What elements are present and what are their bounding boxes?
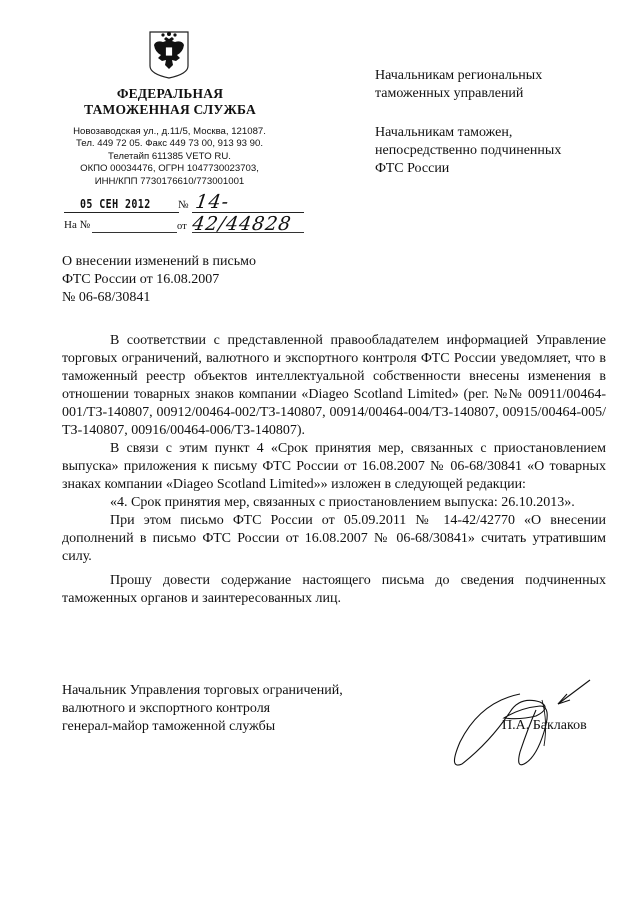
addressee-line: Начальникам таможен, <box>375 124 615 142</box>
number-underline <box>192 212 304 213</box>
registration-block: 05 СЕН 2012 № 14-42/44828 На № от <box>64 194 314 234</box>
date-underline <box>64 212 179 213</box>
position-line: генерал-майор таможенной службы <box>62 718 402 736</box>
body-paragraph: В связи с этим пункт 4 «Срок принятия ме… <box>62 440 606 494</box>
addressee-line: непосредственно подчиненных <box>375 142 615 160</box>
body-paragraph: При этом письмо ФТС России от 05.09.2011… <box>62 512 606 566</box>
registration-date-stamp: 05 СЕН 2012 <box>80 196 151 211</box>
org-name-line: ФЕДЕРАЛЬНАЯ <box>70 86 270 102</box>
addressee-line: таможенных управлений <box>375 85 615 103</box>
letter-body: В соответствии с представленной правообл… <box>62 332 606 608</box>
organization-name: ФЕДЕРАЛЬНАЯ ТАМОЖЕННАЯ СЛУЖБА <box>70 86 270 118</box>
addressee-line: ФТС России <box>375 160 615 178</box>
position-line: валютного и экспортного контроля <box>62 700 402 718</box>
contact-line: ИНН/КПП 7730176610/773001001 <box>62 176 277 188</box>
contact-line: Новозаводская ул., д.11/5, Москва, 12108… <box>62 126 277 138</box>
registration-number-handwritten: 14-42/44828 <box>191 191 317 235</box>
signer-position: Начальник Управления торговых ограничени… <box>62 682 402 736</box>
subject-line: № 06-68/30841 <box>62 289 362 307</box>
coat-of-arms-icon <box>147 30 191 80</box>
reference-number-label: На № <box>64 219 90 231</box>
contact-line: Телетайп 611385 VETO RU. <box>62 151 277 163</box>
subject-line: О внесении изменений в письмо <box>62 253 362 271</box>
body-paragraph: В соответствии с представленной правообл… <box>62 332 606 440</box>
organization-contacts: Новозаводская ул., д.11/5, Москва, 12108… <box>62 126 277 188</box>
addressee-line: Начальникам региональных <box>375 67 615 85</box>
position-line: Начальник Управления торговых ограничени… <box>62 682 402 700</box>
org-name-line: ТАМОЖЕННАЯ СЛУЖБА <box>70 102 270 118</box>
addressee-regional: Начальникам региональных таможенных упра… <box>375 67 615 103</box>
subject-line: ФТС России от 16.08.2007 <box>62 271 362 289</box>
addressee-customs: Начальникам таможен, непосредственно под… <box>375 124 615 178</box>
contact-line: Тел. 449 72 05. Факс 449 73 00, 913 93 9… <box>62 138 277 150</box>
number-label: № <box>178 199 189 211</box>
reference-number-blank <box>92 232 177 233</box>
contact-line: ОКПО 00034476, ОГРН 1047730023703, <box>62 163 277 175</box>
letter-subject: О внесении изменений в письмо ФТС России… <box>62 253 362 307</box>
body-paragraph: Прошу довести содержание настоящего пись… <box>62 572 606 608</box>
reference-date-blank <box>192 232 304 233</box>
quoted-amendment: «4. Срок принятия мер, связанных с приос… <box>62 494 606 512</box>
signer-name: П.А. Баклаков <box>502 718 587 734</box>
reference-from-label: от <box>177 221 187 232</box>
